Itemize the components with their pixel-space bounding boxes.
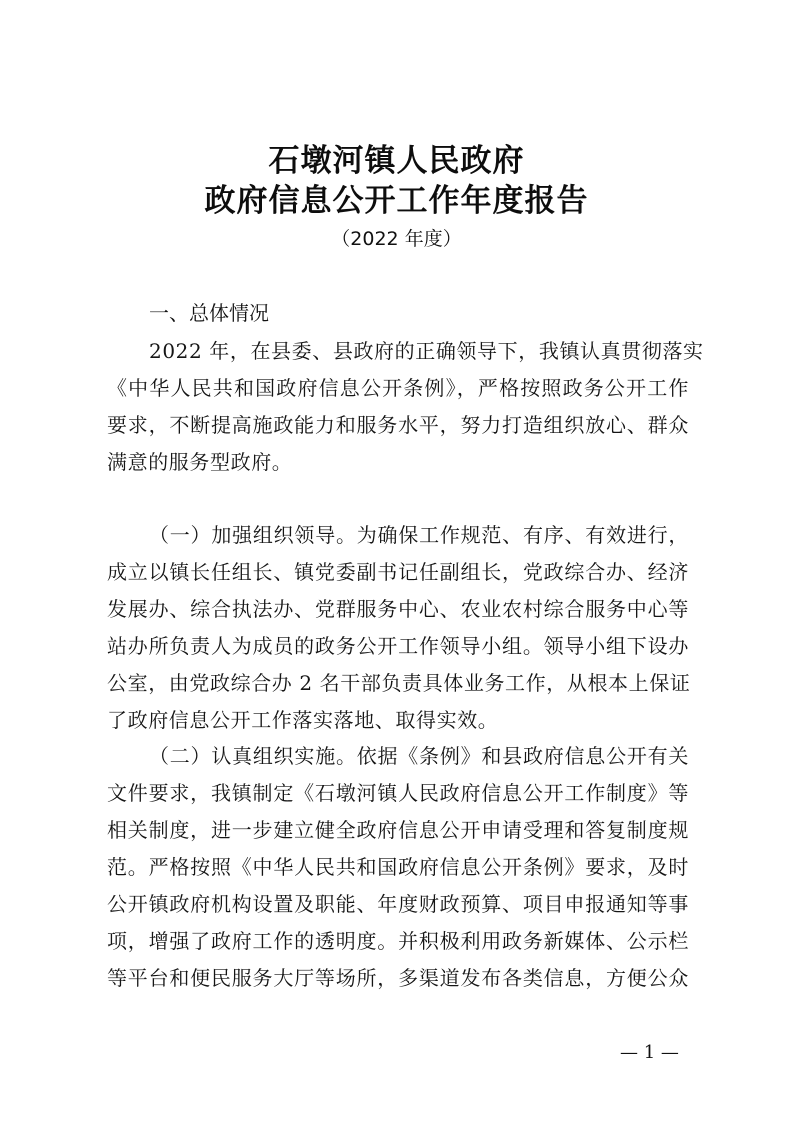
paragraph-line: 2022 年，在县委、县政府的正确领导下，我镇认真贯彻落实 (107, 333, 689, 370)
paragraph-line: 发展办、综合执法办、党群服务中心、农业农村综合服务中心等 (107, 591, 689, 628)
paragraph-line: 站办所负责人为成员的政务公开工作领导小组。领导小组下设办 (107, 628, 689, 665)
paragraph-line: 《中华人民共和国政府信息公开条例》，严格按照政务公开工作 (107, 370, 689, 407)
paragraph-line: 公室，由党政综合办 2 名干部负责具体业务工作，从根本上保证 (107, 665, 689, 702)
paragraph-line: （二）认真组织实施。依据《条例》和县政府信息公开有关 (107, 738, 689, 775)
report-title-line-1: 石墩河镇人民政府 (0, 141, 793, 181)
paragraph-line: 满意的服务型政府。 (107, 444, 689, 481)
paragraph-line: 相关制度，进一步建立健全政府信息公开申请受理和答复制度规 (107, 812, 689, 849)
report-title-line-2: 政府信息公开工作年度报告 (0, 181, 793, 221)
section-heading-overview: 一、总体情况 (149, 299, 269, 327)
report-year-subtitle: （2022 年度） (0, 226, 793, 252)
paragraph-line: 了政府信息公开工作落实落地、取得实效。 (107, 702, 689, 739)
paragraph-line: 要求，不断提高施政能力和服务水平，努力打造组织放心、群众 (107, 407, 689, 444)
paragraph-line: 公开镇政府机构设置及职能、年度财政预算、项目申报通知等事 (107, 886, 689, 923)
paragraph-line: 项，增强了政府工作的透明度。并积极利用政务新媒体、公示栏 (107, 923, 689, 960)
paragraph-line: 等平台和便民服务大厅等场所，多渠道发布各类信息，方便公众 (107, 960, 689, 997)
paragraph-line: 文件要求，我镇制定《石墩河镇人民政府信息公开工作制度》等 (107, 775, 689, 812)
paragraph-line: （一）加强组织领导。为确保工作规范、有序、有效进行， (107, 517, 689, 554)
paragraph-implementation: （二）认真组织实施。依据《条例》和县政府信息公开有关 文件要求，我镇制定《石墩河… (107, 738, 689, 997)
paragraph-line: 范。严格按照《中华人民共和国政府信息公开条例》要求，及时 (107, 849, 689, 886)
page-number: — 1 — (620, 1042, 679, 1064)
paragraph-line: 成立以镇长任组长、镇党委副书记任副组长，党政综合办、经济 (107, 554, 689, 591)
document-page: 石墩河镇人民政府 政府信息公开工作年度报告 （2022 年度） 一、总体情况 2… (0, 0, 793, 1122)
paragraph-overview: 2022 年，在县委、县政府的正确领导下，我镇认真贯彻落实 《中华人民共和国政府… (107, 333, 689, 481)
paragraph-organization-leadership: （一）加强组织领导。为确保工作规范、有序、有效进行， 成立以镇长任组长、镇党委副… (107, 517, 689, 739)
